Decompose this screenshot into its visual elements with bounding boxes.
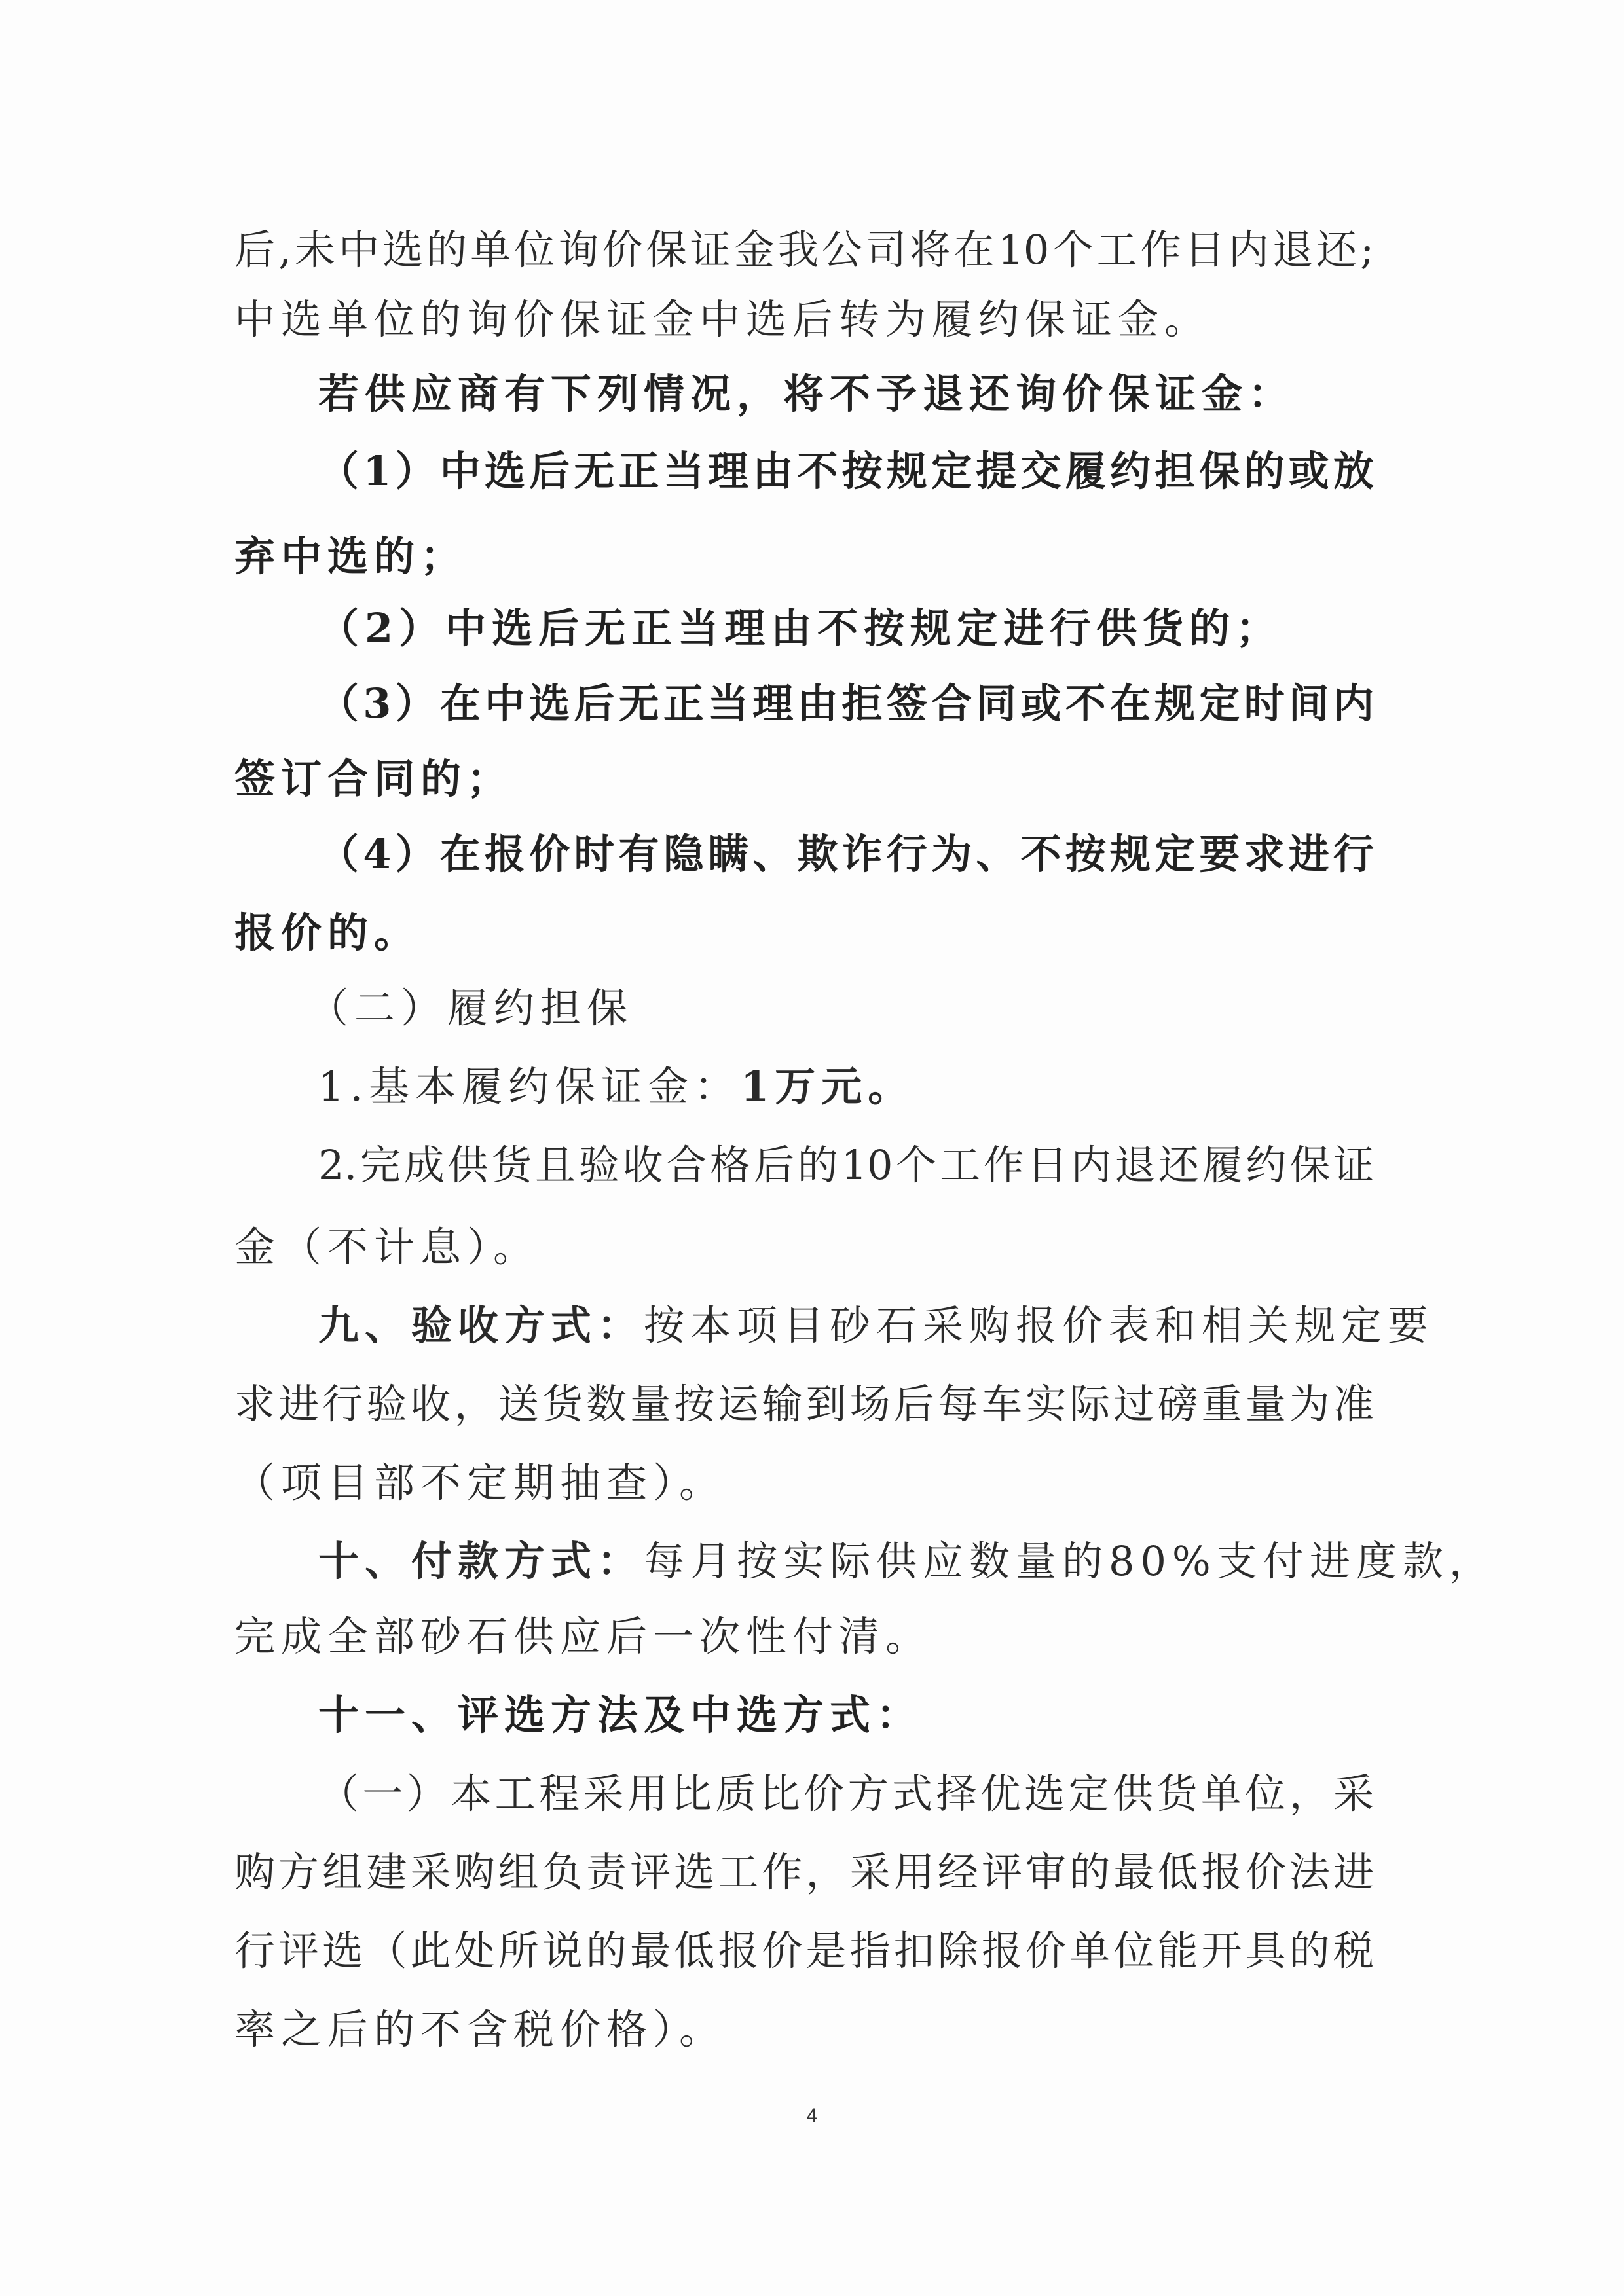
list-item-2: （2）中选后无正当理由不按规定进行供货的；	[318, 599, 1458, 658]
deposit-refund-cont: 金（不计息）。	[234, 1218, 1374, 1277]
page-number: 4	[792, 2105, 832, 2127]
list-item-4-cont: 报价的。	[234, 903, 1374, 962]
section-11-heading: 十一、评选方法及中选方式：	[318, 1686, 1458, 1745]
list-item-text: （3）在中选后无正当理由拒签合同或不在规定时间内	[318, 674, 1374, 733]
list-item-1: （1）中选后无正当理由不按规定提交履约担保的或放	[318, 442, 1374, 501]
deposit-refund-line: 2.完成供货且验收合格后的10个工作日内退还履约保证	[318, 1136, 1374, 1195]
section-9-cont: （项目部不定期抽查）。	[234, 1453, 1374, 1512]
paragraph-line: 后,未中选的单位询价保证金我公司将在10个工作日内退还;	[234, 221, 1374, 280]
section-10-heading: 十、付款方式：	[318, 1537, 644, 1585]
list-item-3-cont: 签订合同的；	[234, 750, 1374, 809]
section-9-heading: 九、验收方式：	[318, 1302, 644, 1349]
paragraph-line: 中选单位的询价保证金中选后转为履约保证金。	[234, 290, 1374, 349]
section-9-text: 按本项目砂石采购报价表和相关规定要	[644, 1302, 1434, 1349]
list-item-3: （3）在中选后无正当理由拒签合同或不在规定时间内	[318, 674, 1374, 733]
section-11-1-text: （一）本工程采用比质比价方式择优选定供货单位，采	[318, 1764, 1374, 1823]
section-9-line: 九、验收方式：按本项目砂石采购报价表和相关规定要	[318, 1296, 1374, 1355]
section-11-1-cont: 行评选（此处所说的最低报价是指扣除报价单位能开具的税	[234, 1922, 1374, 1980]
section-10-line: 十、付款方式：每月按实际供应数量的80%支付进度款，	[318, 1532, 1374, 1591]
section-11-1-cont: 购方组建采购组负责评选工作，采用经评审的最低报价法进	[234, 1843, 1374, 1902]
deposit-refund-text: 2.完成供货且验收合格后的10个工作日内退还履约保证	[318, 1136, 1374, 1195]
deposit-amount-line: 1.基本履约保证金：1万元。	[318, 1057, 1458, 1116]
section-10-cont: 完成全部砂石供应后一次性付清。	[234, 1607, 1374, 1666]
section-2-title: （二）履约担保	[308, 979, 1447, 1038]
list-item-4: （4）在报价时有隐瞒、欺诈行为、不按规定要求进行	[318, 825, 1374, 884]
document-page: 后,未中选的单位询价保证金我公司将在10个工作日内退还; 中选单位的询价保证金中…	[0, 0, 1624, 2296]
deposit-label: 1.基本履约保证金：	[318, 1063, 741, 1110]
section-11-1-line: （一）本工程采用比质比价方式择优选定供货单位，采	[318, 1764, 1374, 1823]
deposit-amount: 1万元。	[741, 1063, 914, 1110]
section-11-1-cont: 率之后的不含税价格）。	[234, 2000, 1374, 2059]
list-item-1-cont: 弃中选的；	[234, 527, 1374, 586]
section-10-text: 每月按实际供应数量的80%支付进度款，	[644, 1537, 1496, 1585]
list-item-text: （4）在报价时有隐瞒、欺诈行为、不按规定要求进行	[318, 825, 1374, 884]
list-item-text: （1）中选后无正当理由不按规定提交履约担保的或放	[318, 442, 1374, 501]
section-9-cont: 求进行验收，送货数量按运输到场后每车实际过磅重量为准	[234, 1375, 1374, 1434]
clause-intro: 若供应商有下列情况，将不予退还询价保证金：	[318, 365, 1458, 424]
